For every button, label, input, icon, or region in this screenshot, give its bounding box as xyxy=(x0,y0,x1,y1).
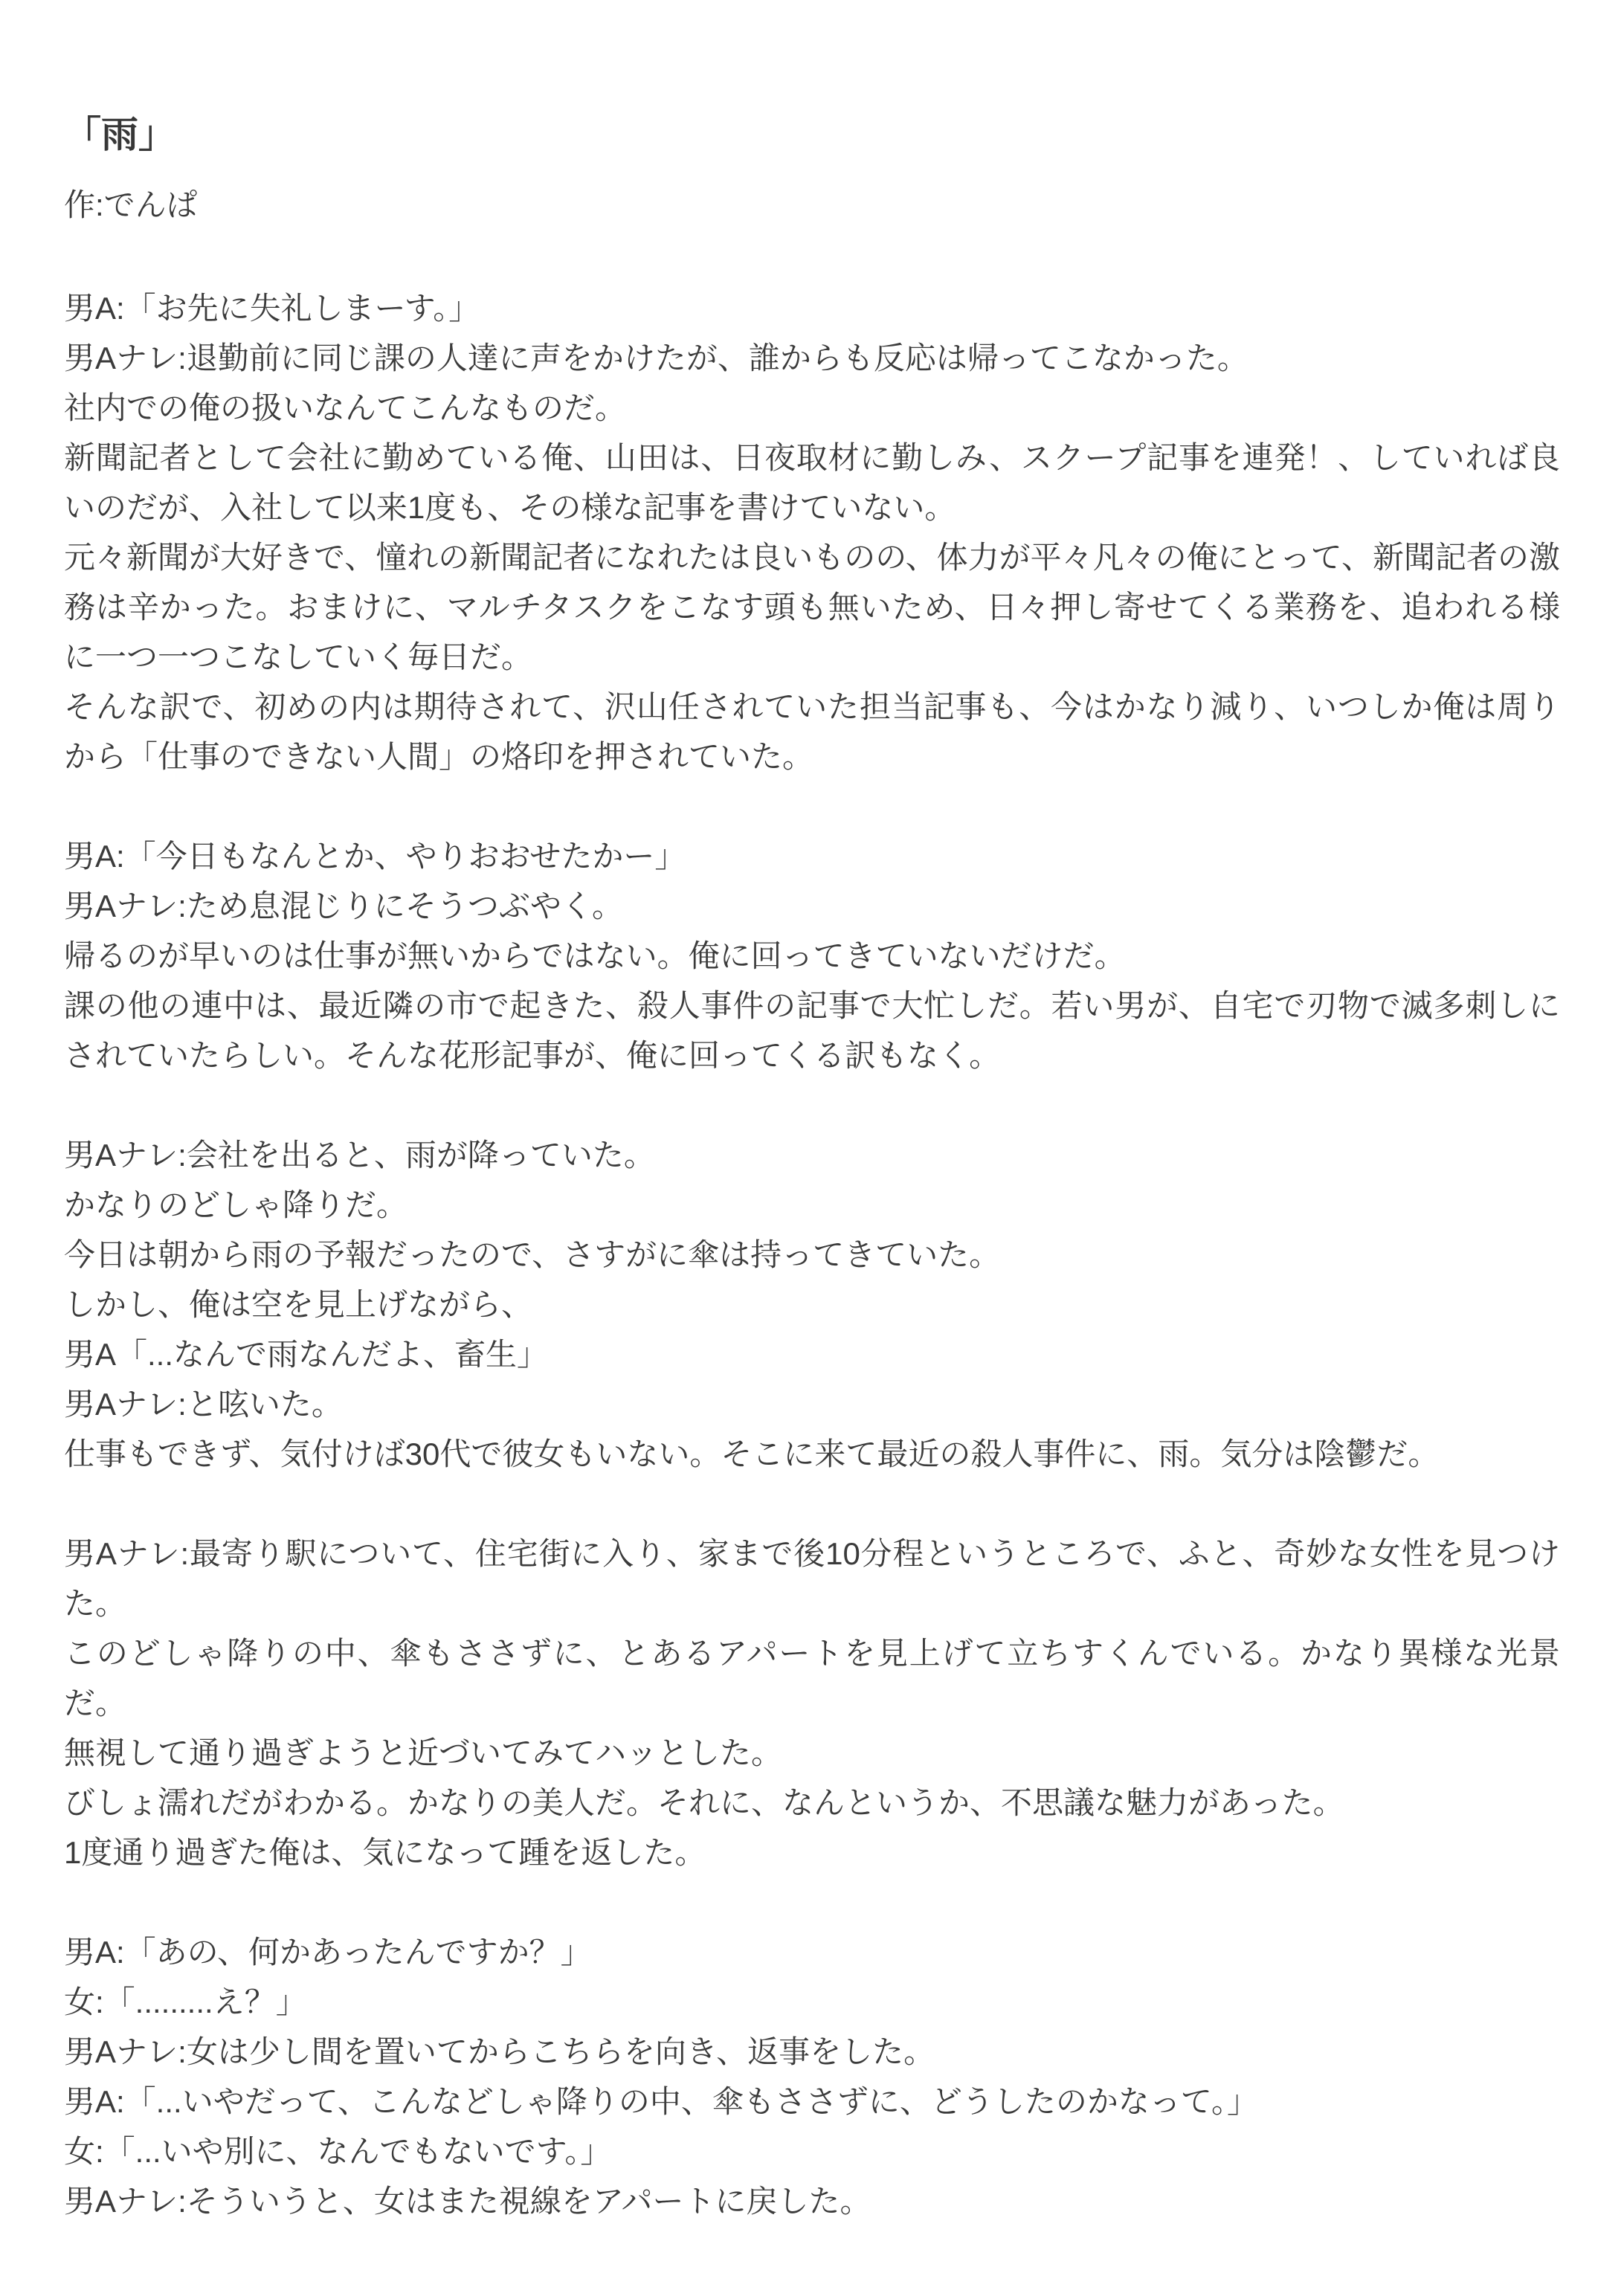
script-line: 男Aナレ:退勤前に同じ課の人達に声をかけたが、誰からも反応は帰ってこなかった。 xyxy=(64,333,1560,383)
script-section: 男A:「あの、何かあったんですか？」女:「.........え？」男Aナレ:女は… xyxy=(64,1927,1560,2226)
script-line: 男Aナレ:最寄り駅について、住宅街に入り、家まで後10分程というところで、ふと、… xyxy=(64,1529,1560,1628)
script-line: 女:「...いや別に、なんでもないです。」 xyxy=(64,2126,1560,2176)
script-line: 男A:「あの、何かあったんですか？」 xyxy=(64,1927,1560,1977)
script-line: 課の他の連中は、最近隣の市で起きた、殺人事件の記事で大忙しだ。若い男が、自宅で刃… xyxy=(64,981,1560,1080)
script-line: 男A:「...いやだって、こんなどしゃ降りの中、傘もささずに、どうしたのかなって… xyxy=(64,2077,1560,2126)
script-line: 男A:「お先に失礼しまーす。」 xyxy=(64,283,1560,333)
script-line: 女:「.........え？」 xyxy=(64,1977,1560,2027)
script-line: 1度通り過ぎた俺は、気になって踵を返した。 xyxy=(64,1828,1560,1877)
script-line: 元々新聞が大好きで、憧れの新聞記者になれたは良いものの、体力が平々凡々の俺にとっ… xyxy=(64,532,1560,682)
script-line: 無視して通り過ぎようと近づいてみてハッとした。 xyxy=(64,1728,1560,1778)
script-line: 仕事もできず、気付けば30代で彼女もいない。そこに来て最近の殺人事件に、雨。気分… xyxy=(64,1429,1560,1479)
author-line: 作:でんぱ xyxy=(64,180,1560,230)
script-line: 今日は朝から雨の予報だったので、さすがに傘は持ってきていた。 xyxy=(64,1230,1560,1280)
script-line: そんな訳で、初めの内は期待されて、沢山任されていた担当記事も、今はかなり減り、い… xyxy=(64,682,1560,781)
script-section: 男A:「お先に失礼しまーす。」男Aナレ:退勤前に同じ課の人達に声をかけたが、誰か… xyxy=(64,283,1560,781)
script-body: 男A:「お先に失礼しまーす。」男Aナレ:退勤前に同じ課の人達に声をかけたが、誰か… xyxy=(64,283,1560,2226)
script-section: 男Aナレ:会社を出ると、雨が降っていた。かなりのどしゃ降りだ。今日は朝から雨の予… xyxy=(64,1130,1560,1479)
script-line: 男Aナレ:ため息混じりにそうつぶやく。 xyxy=(64,881,1560,931)
script-section: 男Aナレ:最寄り駅について、住宅街に入り、家まで後10分程というところで、ふと、… xyxy=(64,1529,1560,1877)
script-line: 男A「...なんで雨なんだよ、畜生」 xyxy=(64,1329,1560,1379)
script-section: 男A:「今日もなんとか、やりおおせたかー」男Aナレ:ため息混じりにそうつぶやく。… xyxy=(64,831,1560,1080)
script-line: 男Aナレ:女は少し間を置いてからこちらを向き、返事をした。 xyxy=(64,2027,1560,2077)
script-line: 新聞記者として会社に勤めている俺、山田は、日夜取材に勤しみ、スクープ記事を連発！… xyxy=(64,433,1560,532)
script-line: 男Aナレ:そういうと、女はまた視線をアパートに戻した。 xyxy=(64,2176,1560,2226)
page-title: 「雨」 xyxy=(64,112,1560,158)
script-line: しかし、俺は空を見上げながら、 xyxy=(64,1280,1560,1329)
script-line: 社内での俺の扱いなんてこんなものだ。 xyxy=(64,383,1560,433)
script-line: びしょ濡れだがわかる。かなりの美人だ。それに、なんというか、不思議な魅力があった… xyxy=(64,1778,1560,1828)
script-line: このどしゃ降りの中、傘もささずに、とあるアパートを見上げて立ちすくんでいる。かな… xyxy=(64,1628,1560,1728)
script-line: かなりのどしゃ降りだ。 xyxy=(64,1180,1560,1230)
script-line: 男A:「今日もなんとか、やりおおせたかー」 xyxy=(64,831,1560,881)
script-line: 男Aナレ:会社を出ると、雨が降っていた。 xyxy=(64,1130,1560,1180)
script-line: 男Aナレ:と呟いた。 xyxy=(64,1379,1560,1429)
document-page: 「雨」 作:でんぱ 男A:「お先に失礼しまーす。」男Aナレ:退勤前に同じ課の人達… xyxy=(0,0,1624,2296)
script-line: 帰るのが早いのは仕事が無いからではない。俺に回ってきていないだけだ。 xyxy=(64,931,1560,981)
